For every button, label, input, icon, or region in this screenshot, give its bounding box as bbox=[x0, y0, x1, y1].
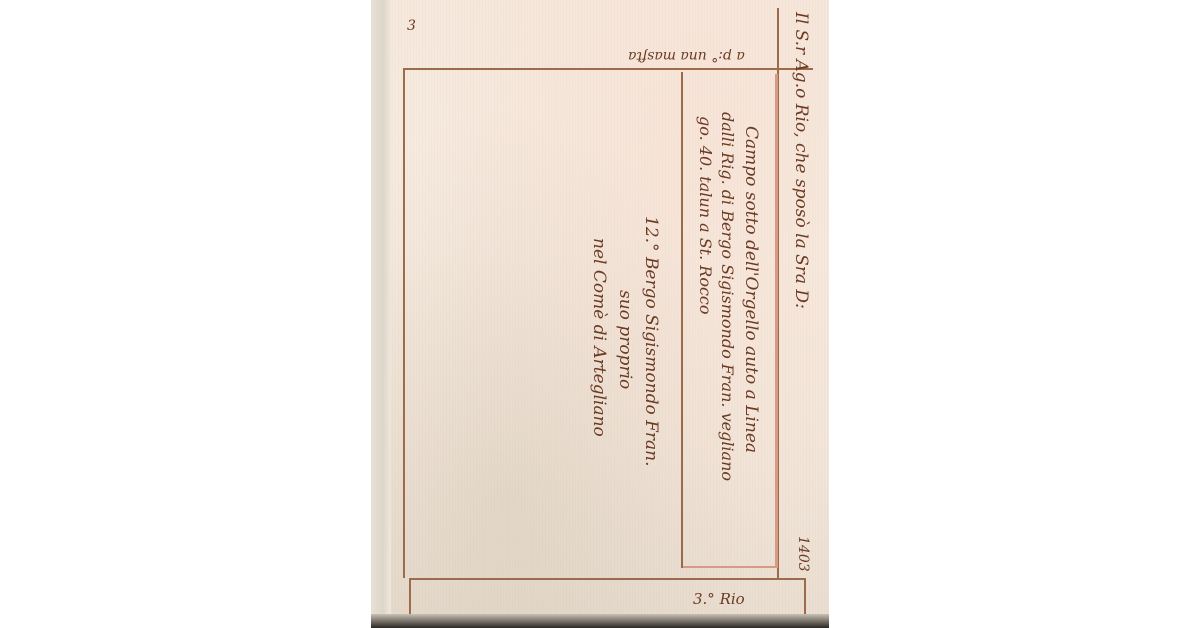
boxed-entry-line-3: go. 40. talun a St. Rocco bbox=[696, 116, 715, 315]
right-margin-header: Il S.r Ag.o Rio, che sposò la Sra D: bbox=[791, 12, 811, 309]
rule-bottom-right bbox=[804, 578, 806, 616]
corner-folio-number: 3 bbox=[407, 18, 416, 34]
manuscript-page: 3 a p:° una masfta Il S.r Ag.o Rio, che … bbox=[371, 0, 829, 628]
bottom-margin-note: 3.° Rio bbox=[693, 590, 745, 608]
box-right bbox=[775, 74, 778, 568]
boxed-entry-line-2: dalli Rig. di Bergo Sigismondo Fran. veg… bbox=[718, 112, 737, 481]
rule-bottom bbox=[409, 578, 804, 580]
boxed-entry-line-1: Campo sotto dell'Orgello auto a Linea bbox=[741, 126, 761, 453]
main-entry-line-2: suo proprio bbox=[615, 290, 635, 389]
page-bottom-shadow bbox=[371, 614, 829, 628]
rule-bottom-left bbox=[409, 578, 411, 616]
box-left bbox=[681, 72, 683, 568]
rule-top bbox=[403, 68, 813, 70]
right-margin-number: 1403 bbox=[795, 536, 811, 572]
page-binding-edge bbox=[371, 0, 391, 628]
top-margin-note: a p:° una masfta bbox=[628, 48, 745, 64]
box-bottom bbox=[683, 566, 777, 568]
rule-left bbox=[403, 68, 405, 578]
main-entry-line-1: 12.° Bergo Sigismondo Fran. bbox=[641, 216, 661, 467]
main-entry-line-3: nel Comè di Artegliano bbox=[589, 238, 609, 437]
